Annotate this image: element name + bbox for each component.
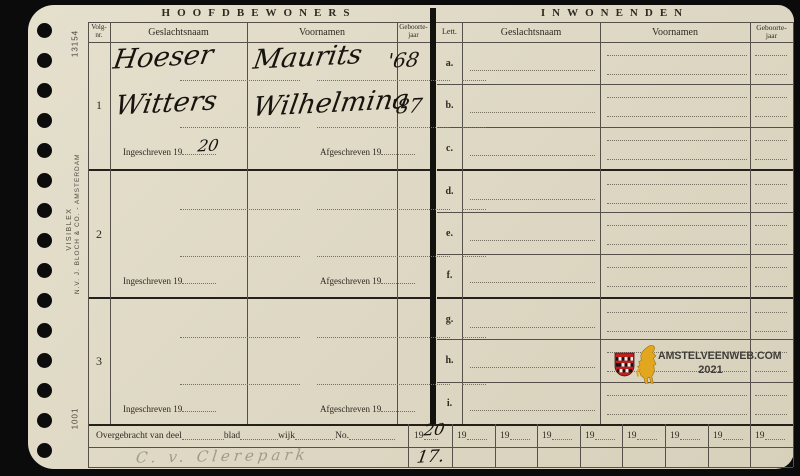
punch-hole	[37, 113, 52, 128]
column-header-voornamen: Voornamen	[247, 22, 397, 42]
watermark: AMSTELVEENWEB.COM 2021	[608, 343, 768, 389]
volgnr-cell: 2	[88, 171, 110, 297]
letter-label: c.	[437, 127, 462, 169]
column-header-geboortejaar-inw: Geboorte- jaar	[750, 22, 793, 42]
inwonende-row: d.	[437, 171, 793, 212]
year-cell: 19	[580, 424, 627, 447]
column-header-geboortejaar: Geboorte- jaar	[397, 22, 430, 42]
punch-hole	[37, 203, 52, 218]
afgeschreven-label: Afgeschreven 19	[320, 275, 415, 286]
register-card: 13154 VISIBLEX N.V. J. BLOCH & CO. - AMS…	[28, 5, 794, 469]
handwritten-voornamen: Maurits	[251, 41, 364, 74]
handwritten-birthyear: '68	[386, 49, 420, 71]
punch-hole	[37, 233, 52, 248]
printer-imprint: VISIBLEX N.V. J. BLOCH & CO. - AMSTERDAM	[65, 164, 83, 294]
punch-hole	[37, 83, 52, 98]
handwritten-ingeschreven-year: 20	[197, 137, 220, 154]
year-cell: 19	[537, 424, 585, 447]
serial-number-top: 13154	[71, 14, 80, 74]
watermark-text: AMSTELVEENWEB.COM	[658, 350, 782, 362]
afgeschreven-label: Afgeschreven 19	[320, 403, 415, 414]
handwritten-birthyear: '87	[389, 95, 423, 117]
punch-hole	[37, 53, 52, 68]
overgebracht-row: Overgebracht van deel blad wijk No.	[88, 424, 416, 447]
inwonende-row: g.	[437, 299, 793, 339]
inwonende-row: a.	[437, 42, 793, 84]
letter-label: h.	[437, 339, 462, 382]
year-cell: 19	[750, 424, 798, 447]
letter-label: g.	[437, 299, 462, 339]
watermark-year: 2021	[658, 364, 763, 376]
letter-label: e.	[437, 212, 462, 254]
afgeschreven-label: Afgeschreven 19	[320, 146, 415, 157]
inwonende-row: f.	[437, 254, 793, 297]
punch-hole	[37, 293, 52, 308]
column-header-geslachtsnaam: Geslachtsnaam	[110, 22, 247, 42]
punch-hole	[37, 413, 52, 428]
punch-hole	[37, 143, 52, 158]
handwritten-surname: Hoeser	[111, 41, 215, 73]
serial-number-bottom: 1001	[71, 389, 80, 449]
amstelveen-shield-icon	[614, 352, 635, 377]
letter-label: d.	[437, 171, 462, 212]
punch-hole	[37, 23, 52, 38]
year-cell: 19	[622, 424, 670, 447]
hoofdbewoner-group-1: 1 Ingeschreven 19 Afgeschreven 19 Hoeser…	[88, 42, 430, 169]
brand-name: VISIBLEX	[65, 164, 74, 294]
volgnr-cell: 1	[88, 42, 110, 169]
handwritten-surname: Witters	[113, 87, 219, 119]
section-title-inwonenden: INWONENDEN	[437, 7, 793, 22]
punch-hole	[37, 263, 52, 278]
pencil-note: C. v. Clerepark	[135, 443, 437, 466]
letter-label: f.	[437, 254, 462, 297]
letter-label: i.	[437, 382, 462, 424]
column-header-geslachtsnaam-inw: Geslachtsnaam	[462, 22, 600, 42]
inwonende-row: c.	[437, 127, 793, 169]
ingeschreven-label: Ingeschreven 19	[123, 275, 216, 286]
column-header-volgnr: Volg- nr.	[88, 22, 110, 42]
section-title-hoofdbewoners: HOOFDBEWONERS	[88, 7, 430, 22]
section-divider	[430, 8, 436, 424]
punch-hole	[37, 173, 52, 188]
inwonende-row: b.	[437, 84, 793, 127]
year-cell: 19	[665, 424, 713, 447]
ingeschreven-label: Ingeschreven 19	[123, 403, 216, 414]
handwritten-year-20: 20	[423, 421, 446, 438]
column-header-lett: Lett.	[437, 22, 462, 42]
printer-name: N.V. J. BLOCH & CO. - AMSTERDAM	[74, 164, 83, 294]
year-cell: 19	[708, 424, 755, 447]
punch-hole	[37, 383, 52, 398]
hoofdbewoner-group-2: 2 Ingeschreven 19 Afgeschreven 19	[88, 171, 430, 297]
hoofdbewoner-group-3: 3 Ingeschreven 19 Afgeschreven 19	[88, 299, 430, 424]
letter-label: a.	[437, 42, 462, 84]
year-cell: 19	[452, 424, 500, 447]
volgnr-cell: 3	[88, 299, 110, 424]
letter-label: b.	[437, 84, 462, 127]
lion-icon	[636, 344, 658, 384]
year-cell: 19	[495, 424, 542, 447]
column-header-voornamen-inw: Voornamen	[600, 22, 750, 42]
punch-hole	[37, 323, 52, 338]
punch-hole	[37, 353, 52, 368]
inwonende-row: e.	[437, 212, 793, 254]
punch-hole	[37, 443, 52, 458]
handwritten-voornamen: Wilhelmina	[251, 86, 411, 121]
